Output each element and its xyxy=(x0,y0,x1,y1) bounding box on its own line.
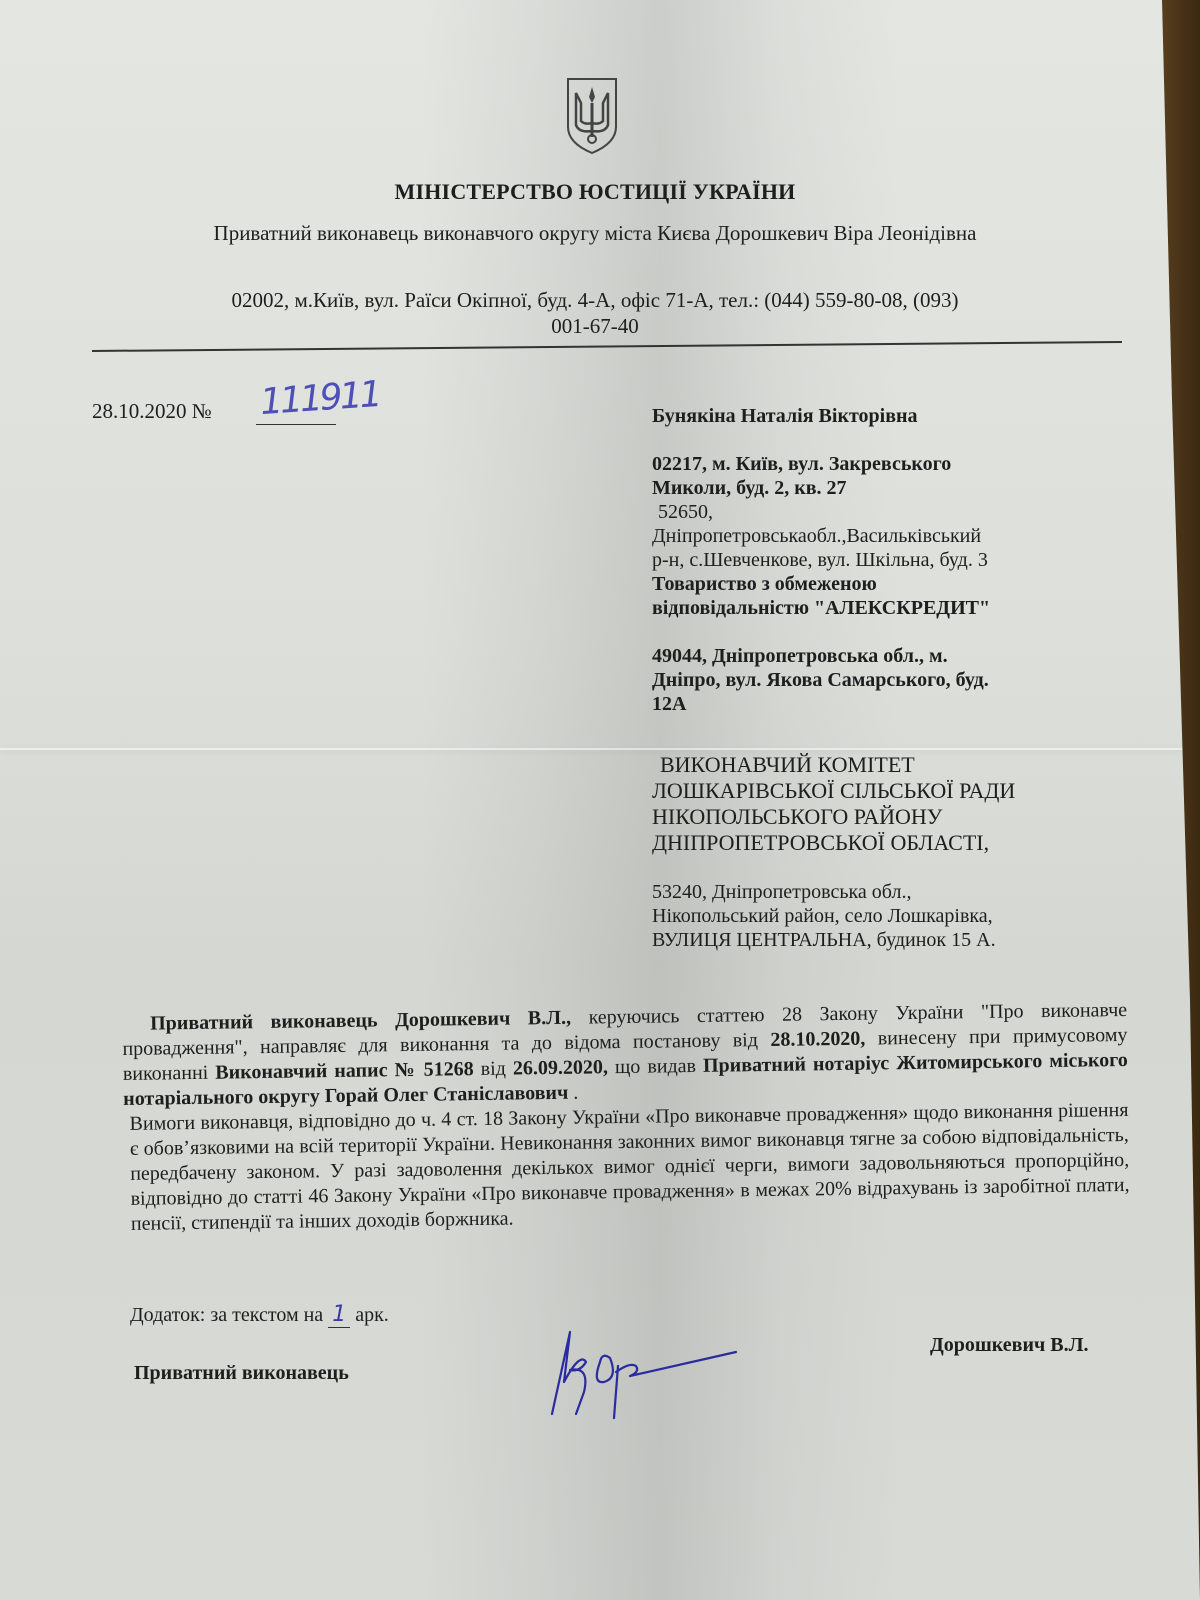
resolution-date: 28.10.2020, xyxy=(770,1028,865,1051)
document-date-number: 28.10.2020 № xyxy=(92,399,212,424)
body-text: що видав xyxy=(608,1055,703,1078)
writ-date: 26.09.2020, xyxy=(513,1056,608,1079)
recipients-block: Бунякіна Наталія Вікторівна 02217, м. Ки… xyxy=(652,404,1102,952)
header-divider xyxy=(92,341,1122,352)
recipient-2-address: 12А xyxy=(652,692,1102,716)
recipient-1-address-alt: Дніпропетровськаобл.,Васильківський xyxy=(652,524,1102,548)
recipient-2-address: 49044, Дніпропетровська обл., м. xyxy=(652,644,1102,668)
recipient-1-name: Бунякіна Наталія Вікторівна xyxy=(652,404,1102,428)
handwritten-document-number: 111911 xyxy=(259,374,381,423)
recipient-1-address-alt: 52650, xyxy=(652,500,1102,524)
document-page: МІНІСТЕРСТВО ЮСТИЦІЇ УКРАЇНИ Приватний в… xyxy=(0,0,1200,1600)
recipient-3-address: 53240, Дніпропетровська обл., xyxy=(652,880,1102,904)
recipient-1-address: 02217, м. Київ, вул. Закревського xyxy=(652,452,1102,476)
body-paragraph-1: Приватний виконавець Дорошкевич В.Л., ке… xyxy=(122,998,1128,1112)
recipient-3-name: НІКОПОЛЬСЬКОГО РАЙОНУ xyxy=(652,804,1102,830)
recipient-2-name: відповідальністю "АЛЕКСКРЕДИТ" xyxy=(652,596,1102,620)
writ-number: Виконавчий напис № 51268 xyxy=(215,1058,474,1084)
body-text: від xyxy=(474,1058,514,1081)
address-line: 02002, м.Київ, вул. Раїси Окіпної, буд. … xyxy=(0,287,1190,313)
address-line: 001-67-40 xyxy=(0,313,1190,339)
handwritten-signature xyxy=(540,1322,740,1422)
recipient-3-name: ВИКОНАВЧИЙ КОМІТЕТ xyxy=(652,752,1102,778)
executor-subtitle: Приватний виконавець виконавчого округу … xyxy=(0,221,1190,246)
executor-address: 02002, м.Київ, вул. Раїси Окіпної, буд. … xyxy=(0,287,1190,339)
recipient-2-address: Дніпро, вул. Якова Самарського, буд. xyxy=(652,668,1102,692)
recipient-3-name: ЛОШКАРІВСЬКОЇ СІЛЬСЬКОЇ РАДИ xyxy=(652,778,1102,804)
handwritten-sheet-count: 1 xyxy=(328,1302,350,1328)
attachment-note: Додаток: за текстом на 1 арк. xyxy=(130,1302,389,1328)
executor-name: Приватний виконавець Дорошкевич В.Л., xyxy=(150,1007,571,1035)
number-underline xyxy=(256,424,336,425)
recipient-3-address: ВУЛИЦЯ ЦЕНТРАЛЬНА, будинок 15 А. xyxy=(652,928,1102,952)
recipient-2-name: Товариство з обмеженою xyxy=(652,572,1102,596)
ministry-title: МІНІСТЕРСТВО ЮСТИЦІЇ УКРАЇНИ xyxy=(0,179,1190,205)
recipient-1-address-alt: р-н, с.Шевченкове, вул. Шкільна, буд. 3 xyxy=(652,548,1102,572)
attachment-prefix: Додаток: за текстом на xyxy=(130,1304,323,1326)
signer-title: Приватний виконавець xyxy=(134,1362,349,1385)
recipient-3-name: ДНІПРОПЕТРОВСЬКОЇ ОБЛАСТІ, xyxy=(652,830,1102,856)
ukraine-trident-emblem-icon xyxy=(565,77,619,155)
signer-name: Дорошкевич В.Л. xyxy=(930,1334,1089,1357)
letter-body: Приватний виконавець Дорошкевич В.Л., ке… xyxy=(122,998,1130,1237)
body-text: . xyxy=(568,1082,578,1104)
recipient-3-address: Нікопольський район, село Лошкарівка, xyxy=(652,904,1102,928)
recipient-1-address: Миколи, буд. 2, кв. 27 xyxy=(652,476,1102,500)
body-paragraph-2: Вимоги виконавця, відповідно до ч. 4 ст.… xyxy=(123,1098,1130,1237)
attachment-suffix: арк. xyxy=(355,1304,389,1326)
